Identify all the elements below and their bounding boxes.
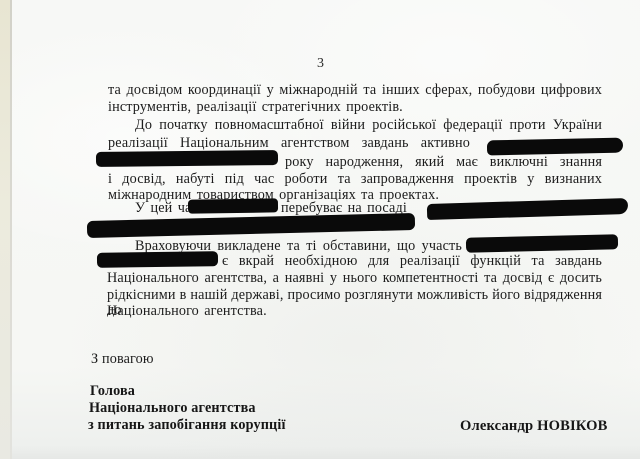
signature-title-line3: з питань запобігання корупції — [88, 418, 286, 433]
body-line-p4-2: є вкрай необхідною для реалізації функці… — [222, 254, 602, 269]
signature-title-line1: Голова — [90, 384, 135, 399]
signature-title-line2: Національного агентства — [89, 401, 256, 416]
redaction-bar-2 — [96, 150, 278, 167]
closing-salutation: З повагою — [91, 352, 154, 367]
redaction-bar-7 — [97, 251, 218, 268]
signature-name: Олександр НОВІКОВ — [460, 419, 608, 434]
body-line-p4-3: Національного агентства, а наявні у ньог… — [107, 271, 602, 286]
scanned-letter-page: 3 та досвідом координації у міжнародній … — [0, 0, 640, 459]
body-line-p2-3: року народження, який має виключні знанн… — [285, 155, 602, 170]
redaction-bar-1 — [487, 138, 623, 156]
body-line-p1-2: інструментів, реалізації стратегічних пр… — [108, 100, 403, 115]
body-line-p2-4: і досвід, набуті під час роботи та запро… — [108, 172, 602, 187]
body-line-p2-1: До початку повномасштабної війни російсь… — [135, 118, 602, 133]
body-line-p1-1: та досвідом координації у міжнародній та… — [108, 83, 602, 98]
page-number: 3 — [317, 56, 324, 72]
redaction-bar-3 — [188, 198, 278, 213]
scanner-edge-strip — [0, 0, 10, 459]
body-line-p4-5: Національного агентства. — [107, 304, 267, 319]
